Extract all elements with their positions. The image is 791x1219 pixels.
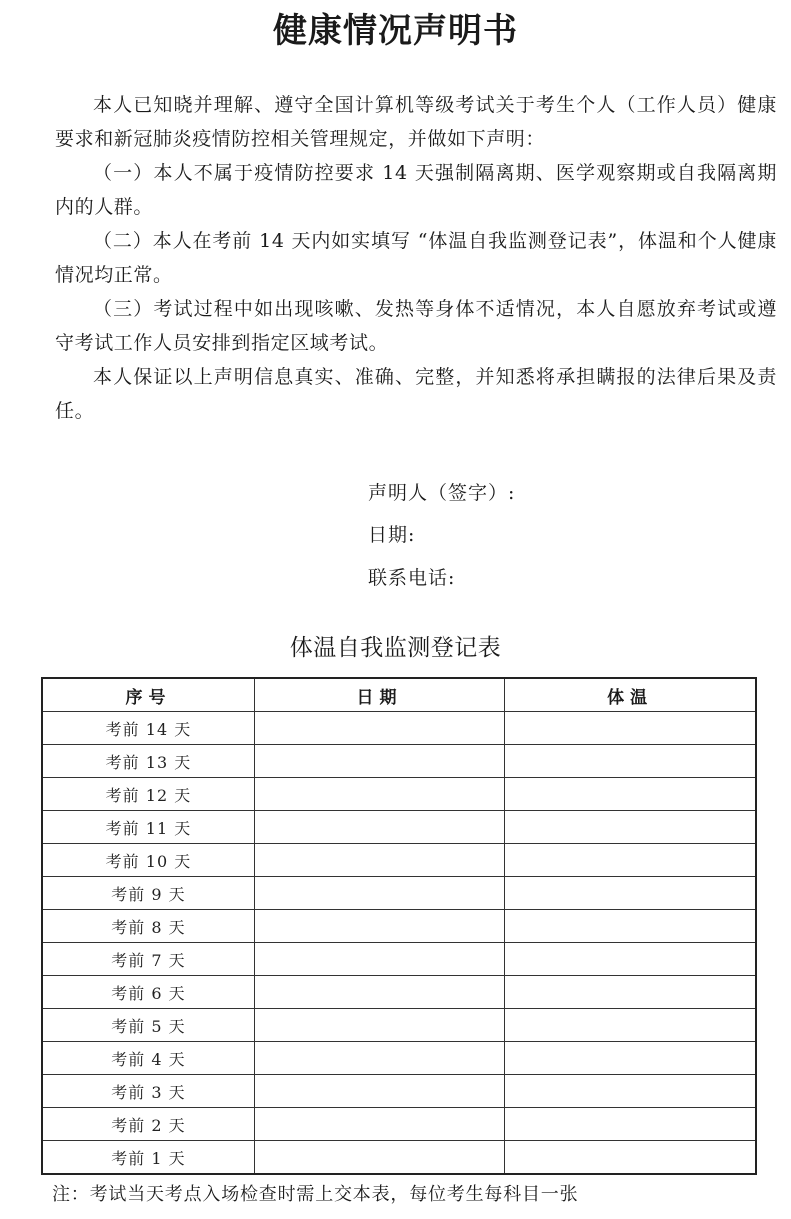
row-date-cell[interactable] [254, 844, 504, 877]
declaration-body: 本人已知晓并理解、遵守全国计算机等级考试关于考生个人（工作人员）健康要求和新冠肺… [55, 88, 777, 428]
row-date-cell[interactable] [254, 910, 504, 943]
table-row: 考前 3 天 [42, 1075, 756, 1108]
table-header-row: 序号 日期 体温 [42, 678, 756, 712]
row-seq: 考前 10 天 [42, 844, 254, 877]
row-date-cell[interactable] [254, 976, 504, 1009]
row-seq: 考前 9 天 [42, 877, 254, 910]
header-seq: 序号 [42, 678, 254, 712]
table-row: 考前 12 天 [42, 778, 756, 811]
row-date-cell[interactable] [254, 943, 504, 976]
row-date-cell[interactable] [254, 1141, 504, 1175]
table-row: 考前 10 天 [42, 844, 756, 877]
row-temp-cell[interactable] [505, 844, 756, 877]
row-seq: 考前 12 天 [42, 778, 254, 811]
temperature-log-table: 序号 日期 体温 考前 14 天 考前 13 天 考前 12 天 考前 11 天… [41, 677, 757, 1175]
row-temp-cell[interactable] [505, 811, 756, 844]
row-temp-cell[interactable] [505, 943, 756, 976]
row-seq: 考前 8 天 [42, 910, 254, 943]
row-date-cell[interactable] [254, 1075, 504, 1108]
row-seq: 考前 1 天 [42, 1141, 254, 1175]
table-row: 考前 6 天 [42, 976, 756, 1009]
row-seq: 考前 3 天 [42, 1075, 254, 1108]
row-temp-cell[interactable] [505, 877, 756, 910]
clause-3: （三）考试过程中如出现咳嗽、发热等身体不适情况，本人自愿放弃考试或遵守考试工作人… [55, 292, 777, 360]
clause-1: （一）本人不属于疫情防控要求 14 天强制隔离期、医学观察期或自我隔离期内的人群… [55, 156, 777, 224]
footnote: 注：考试当天考点入场检查时需上交本表，每位考生每科目一张 [52, 1181, 578, 1209]
row-date-cell[interactable] [254, 811, 504, 844]
phone-field: 联系电话: [368, 565, 455, 591]
row-seq: 考前 4 天 [42, 1042, 254, 1075]
row-temp-cell[interactable] [505, 1009, 756, 1042]
row-seq: 考前 6 天 [42, 976, 254, 1009]
signer-field: 声明人（签字）: [368, 480, 515, 506]
header-date: 日期 [254, 678, 504, 712]
row-seq: 考前 5 天 [42, 1009, 254, 1042]
clause-2: （二）本人在考前 14 天内如实填写 “体温自我监测登记表”，体温和个人健康情况… [55, 224, 777, 292]
table-row: 考前 5 天 [42, 1009, 756, 1042]
row-date-cell[interactable] [254, 778, 504, 811]
header-temp: 体温 [505, 678, 756, 712]
row-seq: 考前 7 天 [42, 943, 254, 976]
row-date-cell[interactable] [254, 1108, 504, 1141]
table-row: 考前 1 天 [42, 1141, 756, 1175]
row-date-cell[interactable] [254, 877, 504, 910]
table-row: 考前 7 天 [42, 943, 756, 976]
row-temp-cell[interactable] [505, 976, 756, 1009]
row-seq: 考前 2 天 [42, 1108, 254, 1141]
row-date-cell[interactable] [254, 745, 504, 778]
row-seq: 考前 14 天 [42, 712, 254, 745]
row-date-cell[interactable] [254, 1009, 504, 1042]
row-temp-cell[interactable] [505, 712, 756, 745]
row-temp-cell[interactable] [505, 1108, 756, 1141]
date-field: 日期: [368, 522, 415, 548]
row-temp-cell[interactable] [505, 1042, 756, 1075]
row-temp-cell[interactable] [505, 910, 756, 943]
row-date-cell[interactable] [254, 712, 504, 745]
guarantee-paragraph: 本人保证以上声明信息真实、准确、完整，并知悉将承担瞒报的法律后果及责任。 [55, 360, 777, 428]
table-row: 考前 11 天 [42, 811, 756, 844]
table-row: 考前 9 天 [42, 877, 756, 910]
row-temp-cell[interactable] [505, 1141, 756, 1175]
table-row: 考前 2 天 [42, 1108, 756, 1141]
table-row: 考前 4 天 [42, 1042, 756, 1075]
row-temp-cell[interactable] [505, 1075, 756, 1108]
row-seq: 考前 11 天 [42, 811, 254, 844]
table-row: 考前 8 天 [42, 910, 756, 943]
row-temp-cell[interactable] [505, 745, 756, 778]
row-seq: 考前 13 天 [42, 745, 254, 778]
document-title: 健康情况声明书 [0, 8, 791, 54]
table-row: 考前 14 天 [42, 712, 756, 745]
table-title: 体温自我监测登记表 [0, 630, 791, 666]
row-date-cell[interactable] [254, 1042, 504, 1075]
intro-paragraph: 本人已知晓并理解、遵守全国计算机等级考试关于考生个人（工作人员）健康要求和新冠肺… [55, 88, 777, 156]
row-temp-cell[interactable] [505, 778, 756, 811]
table-row: 考前 13 天 [42, 745, 756, 778]
